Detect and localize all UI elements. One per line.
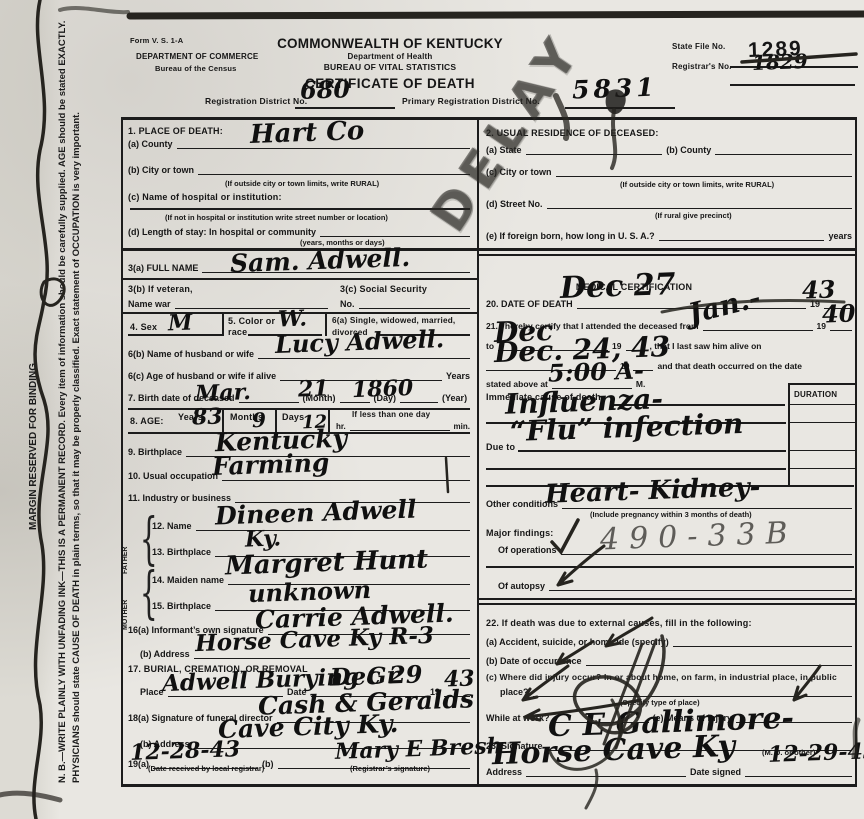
county-value: Hart Co: [250, 118, 365, 148]
s23-date-line: [745, 766, 852, 777]
mother-name-value: Margret Hunt: [225, 546, 429, 579]
s2c-caption: (If outside city or town limits, write R…: [620, 180, 774, 189]
s2e-line: [659, 230, 825, 241]
father-group-label: FATHER: [122, 518, 129, 574]
registrar-no-label: Registrar's No.: [672, 62, 732, 71]
birth-day-value: 21: [298, 377, 329, 400]
bureau-census: Bureau of the Census: [155, 64, 237, 73]
death-certificate-scan: MARGIN RESERVED FOR BINDING N. B.—WRITE …: [0, 0, 864, 819]
certificate-title: CERTIFICATE OF DEATH: [250, 76, 530, 91]
s10-label: 10. Usual occupation: [128, 471, 218, 481]
s17-place-label: Place: [140, 687, 164, 697]
duration-label: DURATION: [794, 390, 837, 399]
s22a-label: (a) Accident, suicide, or homicide (spec…: [486, 637, 669, 647]
s21-occ-label: and that death occurred on the date: [657, 361, 802, 371]
s22-work-label: While at work?: [486, 713, 550, 723]
bureau-vital-statistics: BUREAU OF VITAL STATISTICS: [250, 62, 530, 72]
margin-binding-text: MARGIN RESERVED FOR BINDING: [28, 250, 39, 530]
due-to-value: “Flu” infection: [510, 410, 744, 446]
registrar-number: 1829: [752, 51, 808, 73]
s8-min-label: min.: [454, 422, 470, 431]
autopsy-line: [549, 580, 852, 591]
s16b-label: (b) Address: [140, 649, 190, 659]
wife-value: Lucy Adwell.: [275, 327, 445, 357]
reg-district-number: 680: [300, 77, 351, 103]
mother-group-label: MOTHER: [122, 574, 129, 630]
s22b-label: (b) Date of occurrence: [486, 656, 582, 666]
s23-date-label: Date signed: [690, 767, 741, 777]
s6c-suffix: Years: [446, 371, 470, 381]
form-number: Form V. S. 1-A: [130, 36, 183, 45]
state-file-label: State File No.: [672, 42, 725, 51]
s2b-line: [715, 144, 852, 155]
s19b-caption: (Registrar’s signature): [350, 764, 430, 773]
dept-commerce: DEPARTMENT OF COMMERCE: [136, 52, 258, 61]
s6b-label: 6(b) Name of husband or wife: [128, 349, 254, 359]
s1d-label: (d) Length of stay: In hospital or commu…: [128, 227, 316, 237]
margin-note-text: N. B.—WRITE PLAINLY WITH UNFADING INK—TH…: [56, 15, 116, 783]
s2a-line: [526, 144, 663, 155]
autopsy-label: Of autopsy: [498, 581, 545, 591]
commonwealth-title: COMMONWEALTH OF KENTUCKY: [250, 36, 530, 51]
s1-title: 1. PLACE OF DEATH:: [128, 126, 223, 136]
primary-district-number: 5831: [572, 75, 658, 103]
s3b2-label: Name war: [128, 299, 171, 309]
death-date-value: Dec 27: [560, 270, 677, 304]
s3b-label: 3(b) If veteran,: [128, 284, 193, 294]
s13-label: 13. Birthplace: [152, 547, 211, 557]
occupation-value: Farming: [212, 450, 330, 479]
birth-year-value: 1860: [352, 377, 414, 401]
major-findings-label: Major findings:: [486, 528, 554, 538]
s22a-line: [673, 636, 852, 647]
s14-label: 14. Maiden name: [152, 575, 224, 585]
s2c-line: [556, 166, 853, 177]
s1c-caption: (If not in hospital or institution write…: [165, 213, 388, 222]
s12-label: 12. Name: [152, 521, 192, 531]
s2e-suffix: years: [828, 231, 852, 241]
s2d-caption: (If rural give precinct): [655, 211, 732, 220]
s15-label: 15. Birthplace: [152, 601, 211, 611]
race-value: W.: [278, 308, 308, 331]
s8-hr-line: [350, 420, 450, 431]
s22-title: 22. If death was due to external causes,…: [486, 618, 752, 628]
s22c-line: [533, 686, 852, 697]
dept-health: Department of Health: [250, 52, 530, 61]
s2b-label: (b) County: [666, 145, 711, 155]
received-date-value: 12-28-43: [130, 738, 241, 764]
death-time-value: 5:00 A-: [548, 358, 645, 385]
findings-code-value: 490-33B: [600, 519, 799, 556]
s9-label: 9. Birthplace: [128, 447, 182, 457]
s1b-line: [198, 164, 470, 175]
s7-year-cap: (Year): [442, 393, 467, 403]
father-birthplace-value: Ky.: [245, 527, 282, 550]
s8-label: 8. AGE:: [130, 416, 164, 426]
s6c-label: 6(c) Age of husband or wife if alive: [128, 371, 276, 381]
other-conditions-value: Heart- Kidney-: [545, 474, 761, 508]
s19a-caption: (Date received by local registrar): [148, 764, 264, 773]
s5-color-label1: 5. Color or: [228, 316, 275, 326]
s4-sex-label: 4. Sex: [130, 322, 157, 332]
age-years-value: 83: [192, 405, 223, 428]
operations-label: Of operations: [498, 545, 557, 555]
s22c-label2: place?: [500, 687, 529, 697]
s3c-label: 3(c) Social Security: [340, 284, 427, 294]
s3c-line: [359, 298, 471, 309]
s1b-caption: (If outside city or town limits, write R…: [225, 179, 379, 188]
sex-value: M: [168, 312, 193, 335]
birth-month-value: Mar.: [195, 381, 252, 405]
s2d-line: [547, 198, 852, 209]
father-name-value: Dineen Adwell: [215, 496, 417, 528]
date-signed-value: 12-29-43: [768, 740, 864, 766]
due-label: Due to: [486, 442, 515, 452]
registrar-signature-value: Mary E Bresh: [335, 735, 503, 763]
physician-address-value: Horse Cave Ky: [492, 732, 736, 770]
s3c2-label: No.: [340, 299, 355, 309]
s1b-label: (b) City or town: [128, 165, 194, 175]
s2e-label: (e) If foreign born, how long in U. S. A…: [486, 231, 655, 241]
s3a-label: 3(a) FULL NAME: [128, 263, 198, 273]
s5-color-label2: race: [228, 327, 247, 337]
s8-less-label: If less than one day: [352, 410, 430, 419]
full-name-value: Sam. Adwell.: [230, 245, 411, 276]
reg-district-label: Registration District No.: [205, 96, 307, 106]
s1c-label: (c) Name of hospital or institution:: [128, 192, 282, 202]
s22c-label1: (c) Where did injury occur? In or about …: [486, 672, 837, 682]
s1a-label: (a) County: [128, 139, 173, 149]
attended-from-year-value: 40: [822, 301, 856, 326]
s22b-line: [586, 655, 852, 666]
